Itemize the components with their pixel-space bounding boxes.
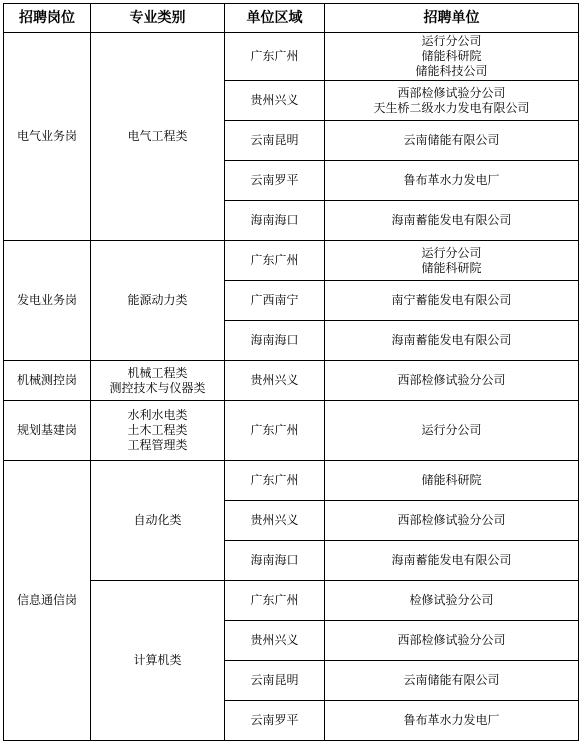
header-region: 单位区域 — [225, 4, 325, 33]
table-row: 信息通信岗 自动化类 广东广州 储能科研院 — [4, 461, 579, 501]
position-cell: 电气业务岗 — [4, 33, 91, 241]
unit-name: 运行分公司 — [329, 246, 574, 261]
major-name: 土木工程类 — [95, 423, 220, 438]
unit-name: 储能科研院 — [329, 49, 574, 64]
major-cell: 能源动力类 — [91, 241, 225, 361]
recruitment-table: 招聘岗位 专业类别 单位区域 招聘单位 电气业务岗 电气工程类 广东广州 运行分… — [3, 3, 579, 741]
major-name: 测控技术与仪器类 — [95, 381, 220, 396]
unit-cell: 西部检修试验分公司 天生桥二级水力发电有限公司 — [325, 81, 579, 121]
unit-cell: 云南储能有限公司 — [325, 121, 579, 161]
header-major: 专业类别 — [91, 4, 225, 33]
unit-name: 储能科研院 — [329, 261, 574, 276]
region-cell: 广西南宁 — [225, 281, 325, 321]
header-unit: 招聘单位 — [325, 4, 579, 33]
region-cell: 海南海口 — [225, 201, 325, 241]
unit-cell: 云南储能有限公司 — [325, 661, 579, 701]
position-cell: 机械测控岗 — [4, 361, 91, 401]
unit-cell: 海南蓄能发电有限公司 — [325, 201, 579, 241]
major-cell: 机械工程类 测控技术与仪器类 — [91, 361, 225, 401]
region-cell: 广东广州 — [225, 581, 325, 621]
table-row: 规划基建岗 水利水电类 土木工程类 工程管理类 广东广州 运行分公司 — [4, 401, 579, 461]
table-row: 发电业务岗 能源动力类 广东广州 运行分公司 储能科研院 — [4, 241, 579, 281]
unit-cell: 运行分公司 — [325, 401, 579, 461]
region-cell: 广东广州 — [225, 241, 325, 281]
region-cell: 广东广州 — [225, 461, 325, 501]
position-cell: 规划基建岗 — [4, 401, 91, 461]
unit-cell: 西部检修试验分公司 — [325, 501, 579, 541]
region-cell: 贵州兴义 — [225, 621, 325, 661]
major-name: 工程管理类 — [95, 438, 220, 453]
region-cell: 海南海口 — [225, 321, 325, 361]
major-cell: 水利水电类 土木工程类 工程管理类 — [91, 401, 225, 461]
position-cell: 发电业务岗 — [4, 241, 91, 361]
unit-name: 西部检修试验分公司 — [329, 86, 574, 101]
unit-cell: 运行分公司 储能科研院 储能科技公司 — [325, 33, 579, 81]
unit-cell: 鲁布革水力发电厂 — [325, 701, 579, 741]
unit-cell: 储能科研院 — [325, 461, 579, 501]
unit-cell: 西部检修试验分公司 — [325, 361, 579, 401]
region-cell: 贵州兴义 — [225, 361, 325, 401]
region-cell: 贵州兴义 — [225, 81, 325, 121]
region-cell: 海南海口 — [225, 541, 325, 581]
region-cell: 云南昆明 — [225, 121, 325, 161]
unit-cell: 检修试验分公司 — [325, 581, 579, 621]
unit-cell: 运行分公司 储能科研院 — [325, 241, 579, 281]
unit-cell: 海南蓄能发电有限公司 — [325, 321, 579, 361]
unit-cell: 鲁布革水力发电厂 — [325, 161, 579, 201]
major-cell: 计算机类 — [91, 581, 225, 741]
table-row: 计算机类 广东广州 检修试验分公司 — [4, 581, 579, 621]
major-cell: 自动化类 — [91, 461, 225, 581]
region-cell: 云南罗平 — [225, 701, 325, 741]
region-cell: 贵州兴义 — [225, 501, 325, 541]
table-row: 机械测控岗 机械工程类 测控技术与仪器类 贵州兴义 西部检修试验分公司 — [4, 361, 579, 401]
table-header-row: 招聘岗位 专业类别 单位区域 招聘单位 — [4, 4, 579, 33]
unit-cell: 南宁蓄能发电有限公司 — [325, 281, 579, 321]
unit-cell: 西部检修试验分公司 — [325, 621, 579, 661]
unit-name: 储能科技公司 — [329, 64, 574, 79]
major-name: 水利水电类 — [95, 408, 220, 423]
region-cell: 云南罗平 — [225, 161, 325, 201]
unit-cell: 海南蓄能发电有限公司 — [325, 541, 579, 581]
region-cell: 广东广州 — [225, 401, 325, 461]
position-cell: 信息通信岗 — [4, 461, 91, 741]
major-name: 机械工程类 — [95, 366, 220, 381]
region-cell: 广东广州 — [225, 33, 325, 81]
unit-name: 运行分公司 — [329, 34, 574, 49]
header-position: 招聘岗位 — [4, 4, 91, 33]
table-row: 电气业务岗 电气工程类 广东广州 运行分公司 储能科研院 储能科技公司 — [4, 33, 579, 81]
unit-name: 天生桥二级水力发电有限公司 — [329, 101, 574, 116]
region-cell: 云南昆明 — [225, 661, 325, 701]
major-cell: 电气工程类 — [91, 33, 225, 241]
